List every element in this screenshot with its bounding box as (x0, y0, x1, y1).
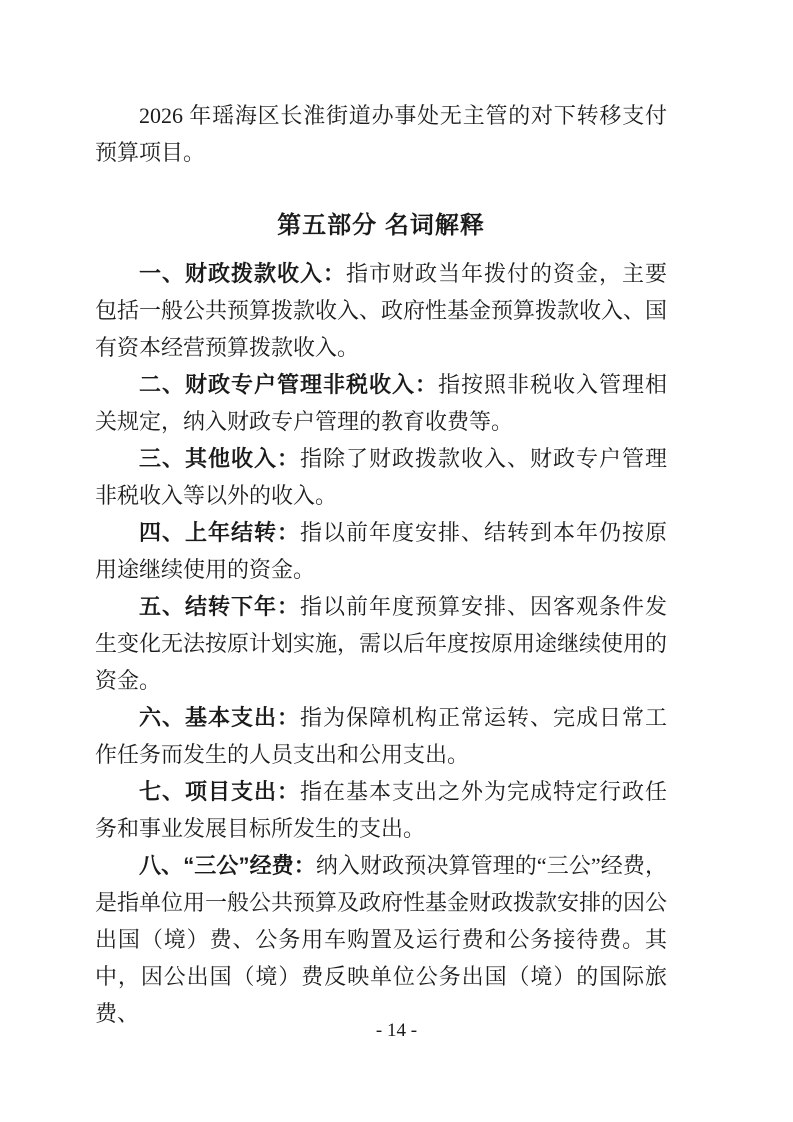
term-lead: 一、财政拨款收入： (139, 261, 346, 286)
page-number: - 14 - (0, 1018, 793, 1044)
term-definition: 五、结转下年：指以前年度预算安排、因客观条件发生变化无法按原计划实施，需以后年度… (95, 588, 667, 699)
term-definition: 二、财政专户管理非税收入：指按照非税收入管理相关规定，纳入财政专户管理的教育收费… (95, 366, 667, 440)
term-definition: 四、上年结转：指以前年度安排、结转到本年仍按原用途继续使用的资金。 (95, 514, 667, 588)
term-definition: 七、项目支出：指在基本支出之外为完成特定行政任务和事业发展目标所发生的支出。 (95, 773, 667, 847)
term-body: 纳入财政预决算管理的“三公”经费，是指单位用一般公共预算及政府性基金财政拨款安排… (95, 853, 667, 1026)
section-heading: 第五部分 名词解释 (95, 203, 667, 249)
term-definition: 六、基本支出：指为保障机构正常运转、完成日常工作任务而发生的人员支出和公用支出。 (95, 699, 667, 773)
term-lead: 八、“三公”经费： (139, 853, 316, 878)
page-content: 2026 年瑶海区长淮街道办事处无主管的对下转移支付预算项目。 第五部分 名词解… (95, 97, 667, 1032)
term-lead: 五、结转下年： (139, 594, 300, 619)
term-definition: 一、财政拨款收入：指市财政当年拨付的资金，主要包括一般公共预算拨款收入、政府性基… (95, 255, 667, 366)
document-page: 2026 年瑶海区长淮街道办事处无主管的对下转移支付预算项目。 第五部分 名词解… (0, 0, 793, 1122)
term-definition: 三、其他收入：指除了财政拨款收入、财政专户管理非税收入等以外的收入。 (95, 440, 667, 514)
intro-paragraph: 2026 年瑶海区长淮街道办事处无主管的对下转移支付预算项目。 (95, 97, 667, 171)
term-lead: 七、项目支出： (139, 779, 300, 804)
term-definition: 八、“三公”经费：纳入财政预决算管理的“三公”经费，是指单位用一般公共预算及政府… (95, 847, 667, 1032)
term-lead: 四、上年结转： (139, 520, 300, 545)
term-lead: 六、基本支出： (139, 705, 300, 730)
term-lead: 三、其他收入： (139, 446, 300, 471)
term-lead: 二、财政专户管理非税收入： (139, 372, 438, 397)
